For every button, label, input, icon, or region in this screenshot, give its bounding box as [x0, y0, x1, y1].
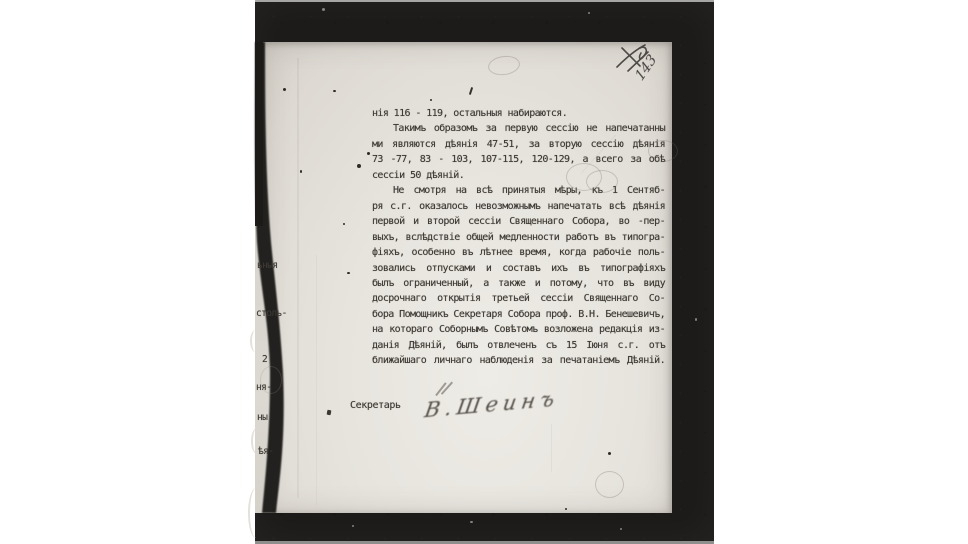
dust-speck [333, 90, 336, 92]
dust-speck [300, 170, 302, 173]
text-line: зовались отпусками и составъ ихъ въ типо… [372, 261, 665, 276]
stain-ring [595, 471, 624, 498]
stain-ring [586, 170, 618, 193]
text-line: ближайшаго личнаго наблюденія за печатан… [372, 353, 665, 368]
pen-bracket-mark [250, 330, 261, 352]
margin-fragment: столь- [256, 309, 287, 319]
text-line: данія Дѣяній, былъ отвлеченъ съ 15 Іюня … [372, 338, 665, 353]
margin-fragment: 2 [262, 355, 267, 365]
archival-scan-viewer: ьныя столь- 2 ня- ны ѣя- нія 116 - 119, … [0, 0, 968, 544]
margin-fragment: ны [257, 413, 267, 423]
dust-speck [430, 99, 432, 101]
text-line: сессіи 50 дѣяній. [372, 168, 665, 183]
typed-text-block: нія 116 - 119, остальныя набираются. Так… [372, 106, 665, 369]
frame-dust [352, 525, 354, 527]
text-line: первой и второй сессіи Священнаго Собора… [372, 214, 665, 229]
stain-ring [260, 366, 282, 394]
frame-dust [620, 528, 622, 530]
stain-ring [648, 140, 678, 162]
text-line: ми являются дѣянія 47-51, за вторую сесс… [372, 137, 665, 152]
text-line: фіяхъ, особенно въ лѣтнее время, когда р… [372, 245, 665, 260]
text-line: ря с.г. оказалось невозможнымъ напечатат… [372, 199, 665, 214]
frame-dust [588, 12, 590, 14]
paper-crease [316, 255, 317, 505]
text-line: бора Помощникъ Секретаря Собора проф. В.… [372, 307, 665, 322]
dust-speck [343, 223, 345, 225]
frame-dust [470, 521, 473, 523]
text-line: Не смотря на всѣ принятыя мѣры, къ 1 Сен… [372, 183, 665, 198]
paper-crease [297, 58, 299, 498]
frame-dust [695, 318, 697, 321]
text-line: досрочнаго открытія третьей сессіи Свяще… [372, 291, 665, 306]
dust-speck [608, 452, 611, 455]
text-line: на котораго Соборнымъ Совѣтомъ возложена… [372, 322, 665, 337]
text-line: нія 116 - 119, остальныя набираются. [372, 106, 665, 121]
margin-fragment: ѣя- [258, 447, 273, 457]
dust-speck [367, 152, 370, 155]
dust-speck [565, 508, 567, 510]
dust-speck [347, 272, 350, 274]
ink-dot [327, 410, 332, 416]
text-line: Такимъ образомъ за первую сессію не напе… [372, 121, 665, 136]
dust-speck [283, 88, 286, 91]
frame-dust [322, 8, 325, 11]
margin-fragment: ьныя [257, 261, 277, 271]
pen-bracket-mark [248, 488, 264, 538]
secretary-label: Секретарь [350, 399, 401, 413]
text-line: былъ ограниченный, а также и потому, что… [372, 276, 665, 291]
text-line: выхъ, вслѣдствіе общей медленности работ… [372, 230, 665, 245]
dust-speck [357, 164, 361, 168]
paper-crease [551, 424, 552, 472]
text-line: 73 -77, 83 - 103, 107-115, 120-129, а вс… [372, 152, 665, 167]
